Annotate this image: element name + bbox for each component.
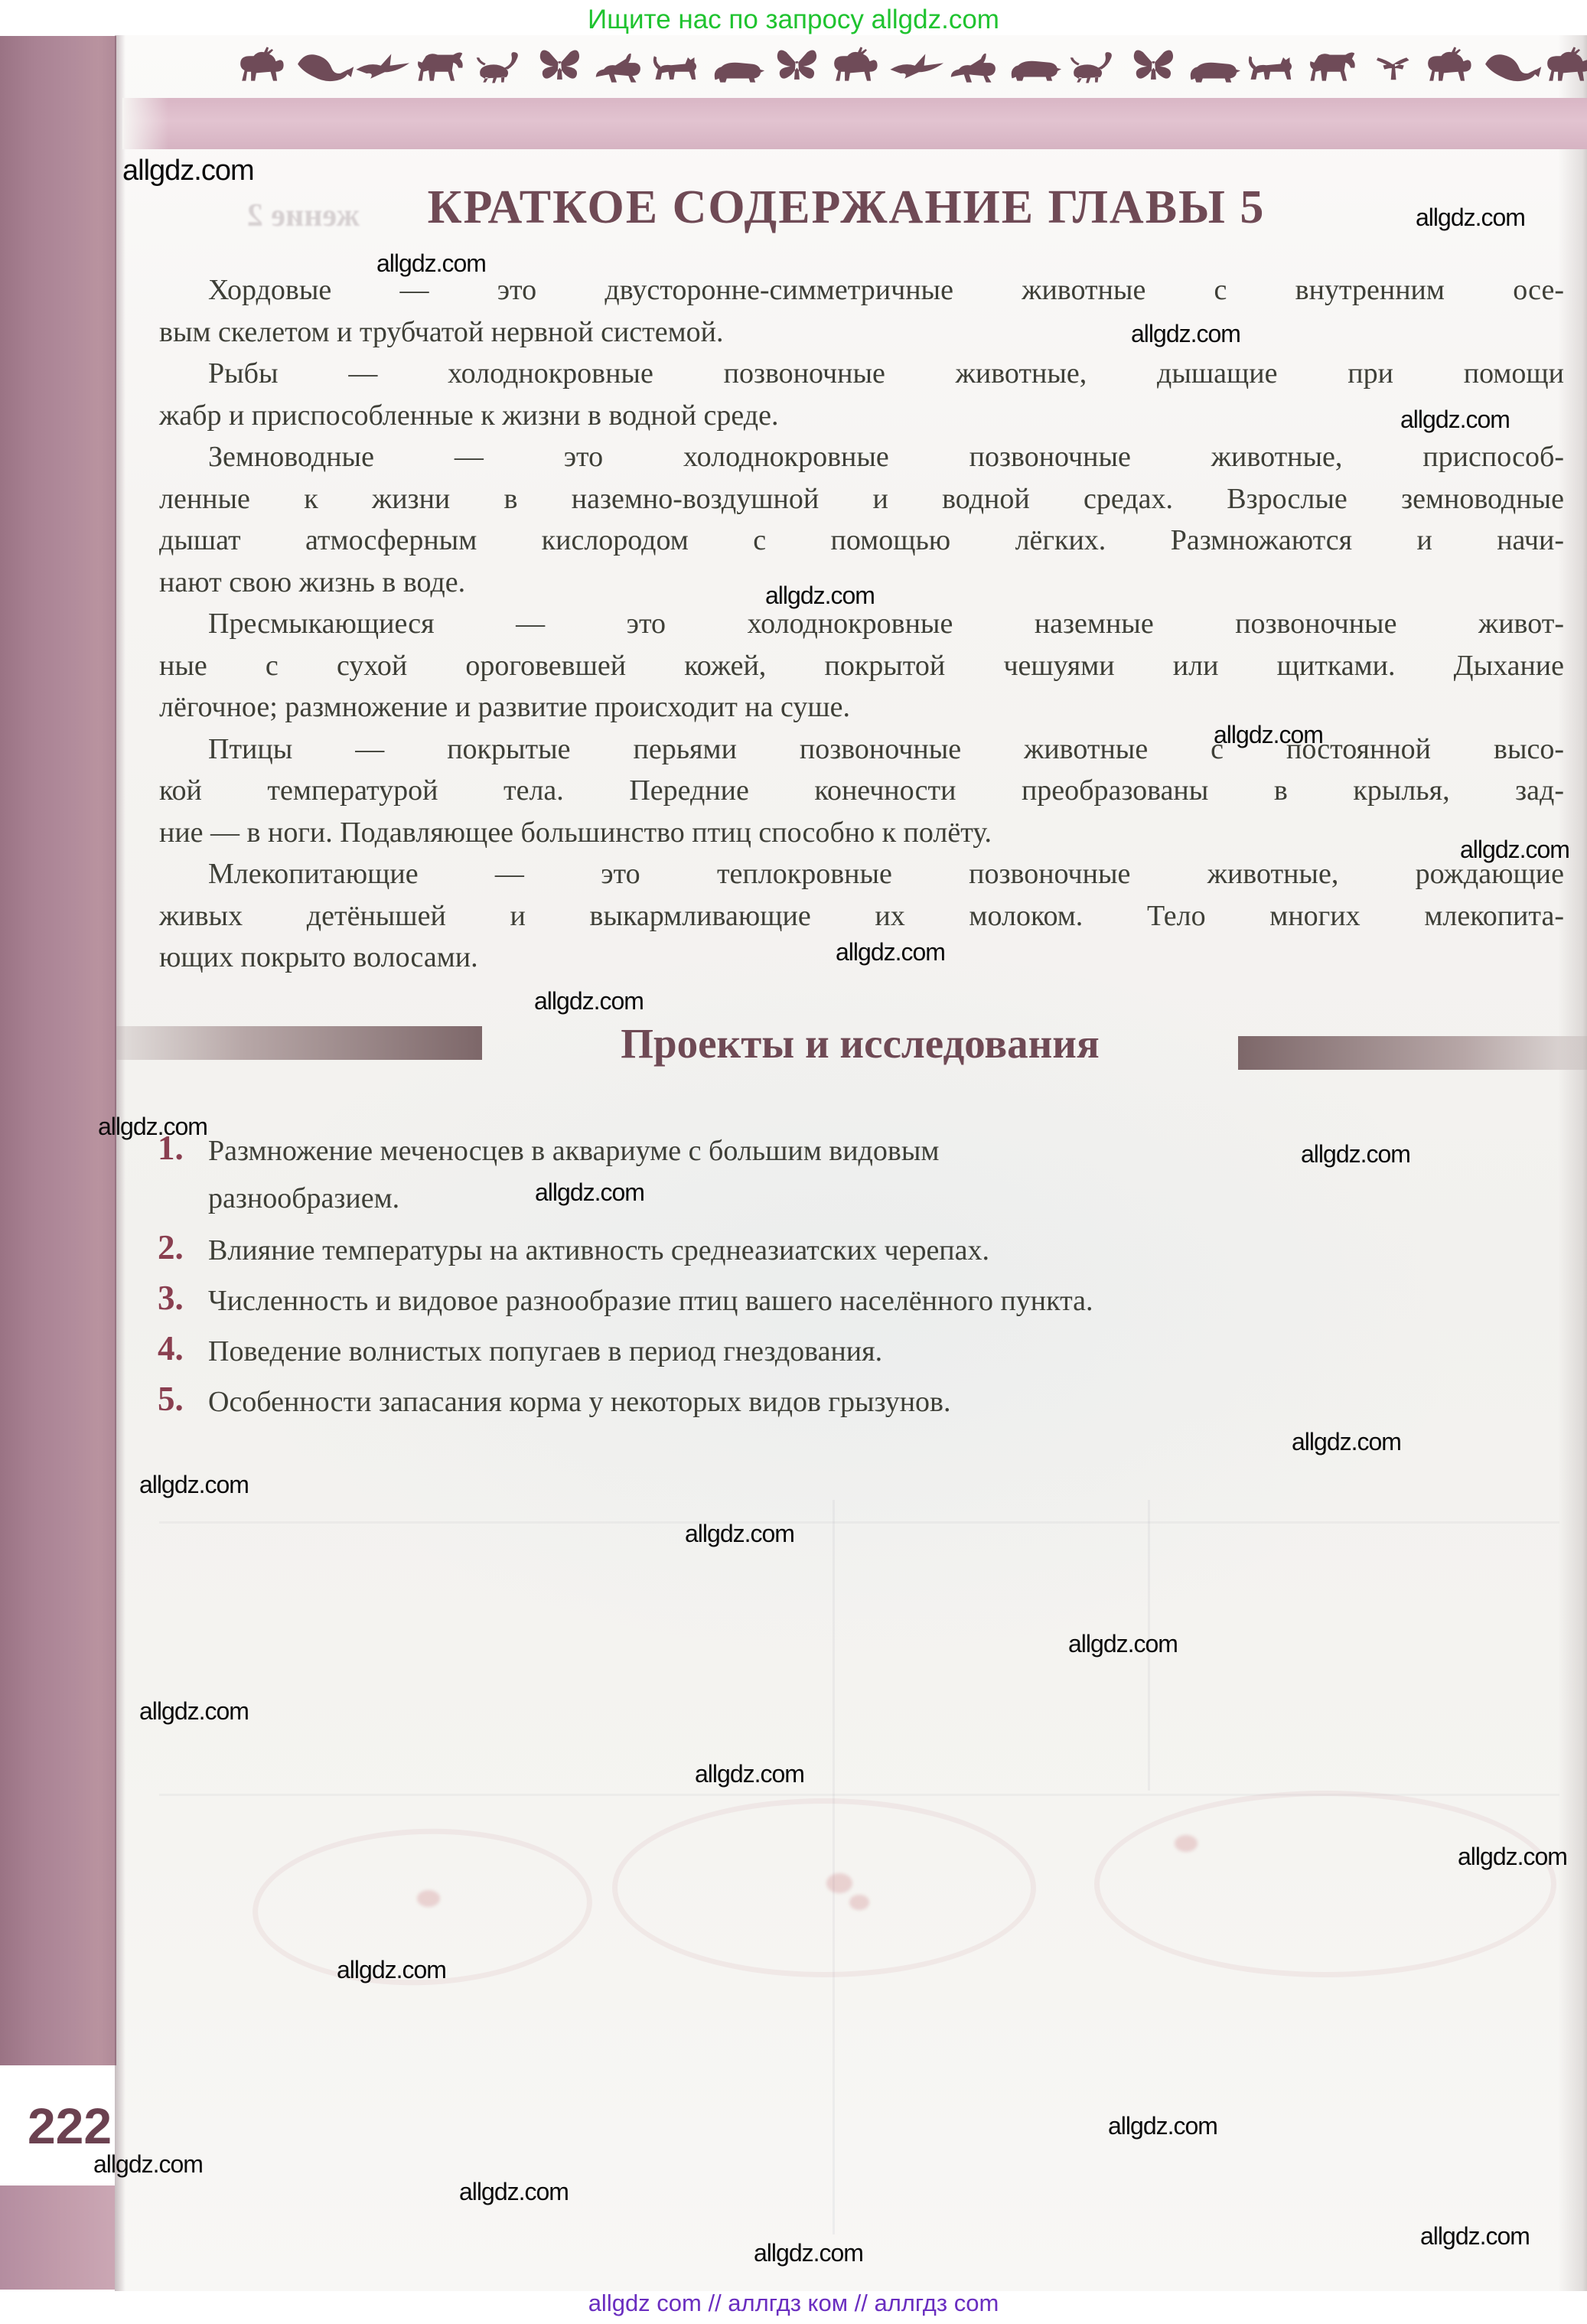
left-binding-bar-bottom: [0, 2185, 115, 2290]
pink-header-band: [122, 98, 1587, 149]
paragraph-line: кой температурой тела. Передние конечнос…: [159, 770, 1564, 812]
hare-icon: [596, 54, 640, 83]
allgdz-watermark: allgdz.com: [685, 1520, 794, 1548]
allgdz-watermark: allgdz.com: [1460, 836, 1569, 864]
page-fold-shadow: [115, 35, 125, 2291]
allgdz-watermark: allgdz.com: [1420, 2222, 1530, 2251]
bleed-through-mark: [417, 1890, 440, 1907]
paragraph-line: ленные к жизни в наземно-воздушной и вод…: [159, 478, 1564, 520]
bleed-through-mark: [849, 1895, 869, 1910]
paragraph-line: лёгочное; размножение и развитие происхо…: [159, 686, 1564, 728]
allgdz-watermark: allgdz.com: [139, 1697, 249, 1726]
butterfly-icon: [1134, 50, 1173, 79]
paragraph-line: ные с сухой ороговевшей кожей, покрытой …: [159, 645, 1564, 687]
list-item-text: Особенности запасания корма у некоторых …: [208, 1385, 951, 1419]
rabbit-icon: [951, 54, 996, 83]
animal-frieze: [234, 43, 1587, 92]
chapter-summary-title: КРАТКОЕ СОДЕРЖАНИЕ ГЛАВЫ 5: [159, 181, 1533, 235]
whale-icon: [1485, 54, 1541, 81]
list-item-number: 5.: [158, 1379, 204, 1419]
allgdz-watermark: allgdz.com: [337, 1956, 446, 1984]
allgdz-watermark: allgdz.com: [139, 1471, 249, 1499]
allgdz-watermark: allgdz.com: [1108, 2112, 1217, 2140]
bleed-through-line: [159, 1521, 1559, 1524]
allgdz-watermark: allgdz.com: [98, 1113, 207, 1141]
allgdz-watermark: allgdz.com: [754, 2239, 863, 2267]
paragraph-line: Млекопитающие — это теплокровные позвоно…: [159, 853, 1564, 895]
butterfly-icon: [540, 50, 579, 79]
paragraph-line: Хордовые — это двусторонне-симметричные …: [159, 269, 1564, 311]
promo-banner-top: Ищите нас по запросу allgdz.com: [0, 5, 1587, 35]
paragraph-line: Земноводные — это холоднокровные позвоно…: [159, 436, 1564, 478]
list-item-number: 4.: [158, 1328, 204, 1368]
allgdz-watermark: allgdz.com: [836, 938, 945, 966]
scorpion-icon: [477, 52, 518, 83]
horse-icon: [1310, 53, 1355, 81]
paragraph-line: Птицы — покрытые перьями позвоночные жив…: [159, 728, 1564, 771]
paragraph-line: жабр и приспособленные к жизни в водной …: [159, 395, 1564, 437]
bird-icon: [356, 54, 409, 79]
list-item-text: Численность и видовое разнообразие птиц …: [208, 1284, 1093, 1318]
bleed-through-mark: [1175, 1835, 1198, 1852]
allgdz-watermark: allgdz.com: [1301, 1140, 1410, 1169]
seal-icon: [298, 54, 354, 81]
allgdz-watermark: allgdz.com: [535, 1178, 644, 1207]
textbook-page-scan: Ищите нас по запросу allgdz.com: [0, 0, 1587, 2324]
scorpion-icon: [1070, 52, 1112, 83]
allgdz-watermark: allgdz.com: [534, 987, 644, 1015]
moose-icon: [240, 47, 283, 80]
bleed-through-mark: [826, 1873, 852, 1893]
cat-icon: [653, 56, 696, 80]
allgdz-watermark: allgdz.com: [1214, 721, 1323, 749]
header-bar-left: [116, 1026, 482, 1060]
bleed-through-figure: [1094, 1791, 1556, 1977]
left-binding-bar: [0, 36, 116, 2065]
allgdz-watermark: allgdz.com: [1292, 1428, 1401, 1456]
allgdz-watermark: allgdz.com: [1416, 204, 1525, 232]
horse-icon: [418, 53, 463, 81]
allgdz-watermark: allgdz.com: [122, 155, 254, 187]
header-bar-right: [1238, 1036, 1587, 1070]
list-item-text: Влияние температуры на активность средне…: [208, 1234, 989, 1267]
chapter-summary-text: Хордовые — это двусторонне-симметричные …: [159, 269, 1564, 979]
allgdz-watermark: allgdz.com: [695, 1760, 804, 1788]
promo-banner-bottom: allgdz com // аллгдз ком // аллгдз com: [0, 2290, 1587, 2317]
paragraph-line: вым скелетом и трубчатой нервной системо…: [159, 311, 1564, 354]
paragraph-line: дышат атмосферным кислородом с помощью л…: [159, 520, 1564, 562]
antelope-icon: [1428, 47, 1471, 80]
allgdz-watermark: allgdz.com: [376, 249, 486, 278]
projects-heading: Проекты и исследования: [482, 1019, 1238, 1067]
elk-icon: [1547, 47, 1587, 80]
paragraph-line: ние — в ноги. Подавляющее большинство пт…: [159, 812, 1564, 854]
allgdz-watermark: allgdz.com: [459, 2178, 569, 2206]
boar-icon: [715, 63, 764, 83]
paragraph-line: Рыбы — холоднокровные позвоночные животн…: [159, 353, 1564, 395]
allgdz-watermark: allgdz.com: [1458, 1843, 1567, 1871]
list-item-text: разнообразием.: [208, 1182, 399, 1215]
buffalo-icon: [1191, 63, 1240, 83]
list-item-number: 3.: [158, 1278, 204, 1318]
paragraph-line: живых детёнышей и выкармливающие их моло…: [159, 895, 1564, 937]
dragonfly-icon: [1377, 57, 1409, 80]
allgdz-watermark: allgdz.com: [765, 582, 875, 610]
list-item-number: 2.: [158, 1227, 204, 1267]
dog-icon: [1249, 56, 1292, 80]
deer-icon: [834, 47, 877, 80]
bleed-through-figure: [612, 1798, 1036, 1977]
allgdz-watermark: allgdz.com: [1400, 406, 1510, 434]
bison-icon: [1012, 61, 1061, 81]
allgdz-watermark: allgdz.com: [1131, 320, 1240, 348]
allgdz-watermark: allgdz.com: [1068, 1630, 1178, 1658]
list-item-text: Поведение волнистых попугаев в период гн…: [208, 1335, 882, 1368]
moth-icon: [777, 50, 816, 79]
list-item-text: Размножение меченосцев в аквариуме с бол…: [208, 1134, 939, 1168]
page-number: 222: [20, 2097, 119, 2155]
bird-icon: [890, 54, 943, 79]
